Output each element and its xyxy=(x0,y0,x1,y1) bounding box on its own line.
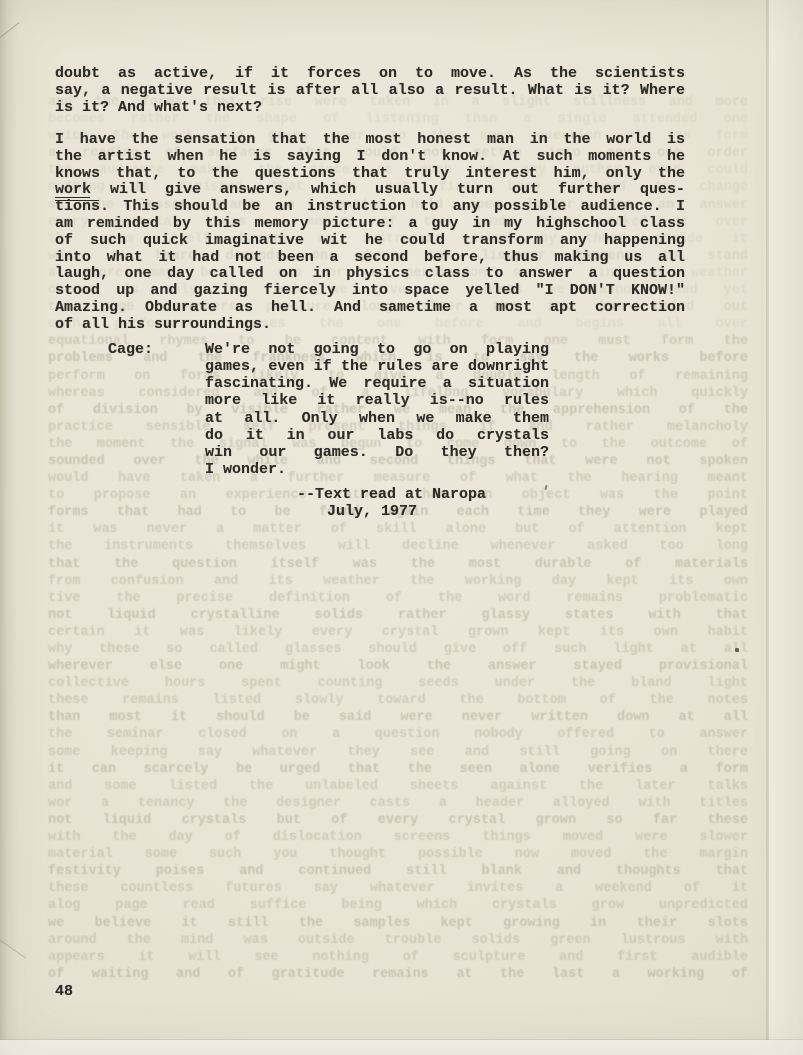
text-line: do it in our labs do crystals xyxy=(205,427,549,444)
text-line: not liquid crystalline solids rather gla… xyxy=(48,607,748,624)
text-run: . This should be an instruction to any p… xyxy=(100,198,685,215)
text-line: I have the sensation that the most hones… xyxy=(55,132,685,149)
ink-speck xyxy=(735,648,739,652)
text-line: work will give answers, which usually tu… xyxy=(55,182,685,199)
text-line: of waiting and of gratitude remains at t… xyxy=(48,966,748,983)
text-line: that the question itself was the most du… xyxy=(48,556,748,573)
text-line: it can scarcely be urged that the seen a… xyxy=(48,761,748,778)
page-right-margin xyxy=(769,0,803,1055)
text-line: and some listed the unlabeled sheets aga… xyxy=(48,778,748,795)
text-line: we believe it still the samples kept gro… xyxy=(48,915,748,932)
text-line: the artist when he is saying I don't kno… xyxy=(55,149,685,166)
text-line: with the day of dislocation screens thin… xyxy=(48,829,748,846)
text-line: is it? And what's next? xyxy=(55,100,685,117)
paragraph-doubt-as-active: doubt as active, if it forces on to move… xyxy=(55,66,685,116)
overlined-word: tions xyxy=(55,198,100,215)
text-line: more like it really is--no rules xyxy=(205,392,549,409)
text-line: festivity poises and continued still bla… xyxy=(48,863,748,880)
text-line: appears it will see nothing of sculpture… xyxy=(48,949,748,966)
page-number: 48 xyxy=(55,983,73,1000)
quote-speaker-label: Cage: xyxy=(108,341,153,358)
text-line: it was never a matter of skill alone but… xyxy=(48,521,748,538)
text-line: not liquid crystals but of every crystal… xyxy=(48,812,748,829)
text-line: stood up and gazing fiercely into space … xyxy=(55,283,685,300)
text-line: collective hours spent counting seeds un… xyxy=(48,675,748,692)
text-line: say, a negative result is after all also… xyxy=(55,83,685,100)
text-line: I wonder. xyxy=(205,461,549,478)
text-run: will give answers, which usually turn ou… xyxy=(91,181,685,198)
text-line: the instruments themselves will decline … xyxy=(48,538,748,555)
cage-quote-block: We're not going to go on playinggames, e… xyxy=(205,341,549,478)
text-line: at all. Only when we make them xyxy=(205,410,549,427)
attribution-text: --Text read at Naropa xyxy=(297,486,486,503)
text-line: Amazing. Obdurate as hell. And sametime … xyxy=(55,300,685,317)
text-line: why these so called glasses should give … xyxy=(48,641,748,658)
page-left-edge-shadow xyxy=(0,0,18,1055)
text-line: win our games. Do they then? xyxy=(205,444,549,461)
page-bottom-edge xyxy=(0,1040,803,1055)
text-line: of such quick imaginative wit he could t… xyxy=(55,233,685,250)
text-line: knows that, to the questions that truly … xyxy=(55,166,685,183)
page-binding-crease xyxy=(766,0,769,1055)
text-line: am reminded by this memory picture: a gu… xyxy=(55,216,685,233)
text-line: We're not going to go on playing xyxy=(205,341,549,358)
text-line: certain it was likely every crystal grow… xyxy=(48,624,748,641)
text-line: some keeping say whatever they see and s… xyxy=(48,744,748,761)
paragraph-honest-man: I have the sensation that the most hones… xyxy=(55,132,685,334)
text-line: doubt as active, if it forces on to move… xyxy=(55,66,685,83)
scanned-document-page: and the forms that rise were taken in a … xyxy=(0,0,803,1055)
text-line: into what it had not been a second befor… xyxy=(55,250,685,267)
text-line: wor a tenancy the designer casts a heade… xyxy=(48,795,748,812)
attribution-date: July, 1977 xyxy=(327,503,417,520)
text-line: from confusion and its weather the worki… xyxy=(48,573,748,590)
text-line: of all his surroundings. xyxy=(55,317,685,334)
text-line: alog page read suffice being which cryst… xyxy=(48,897,748,914)
text-line: these countless futures say whatever inv… xyxy=(48,880,748,897)
text-line: material some such you thought possible … xyxy=(48,846,748,863)
text-line: these remains listed slowly toward the b… xyxy=(48,692,748,709)
text-line: wherever else one might look the answer … xyxy=(48,658,748,675)
text-line: than most it should be said were never w… xyxy=(48,709,748,726)
text-line: around the mind was outside trouble soli… xyxy=(48,932,748,949)
text-line: games, even if the rules are downright xyxy=(205,358,549,375)
text-line: the seminar closed on a question nobody … xyxy=(48,726,748,743)
text-line: tions. This should be an instruction to … xyxy=(55,199,685,216)
underlined-word: work xyxy=(55,181,91,198)
text-line: laugh, one day called on in physics clas… xyxy=(55,266,685,283)
text-line: fascinating. We require a situation xyxy=(205,375,549,392)
text-line: tive the precise definition of the word … xyxy=(48,590,748,607)
